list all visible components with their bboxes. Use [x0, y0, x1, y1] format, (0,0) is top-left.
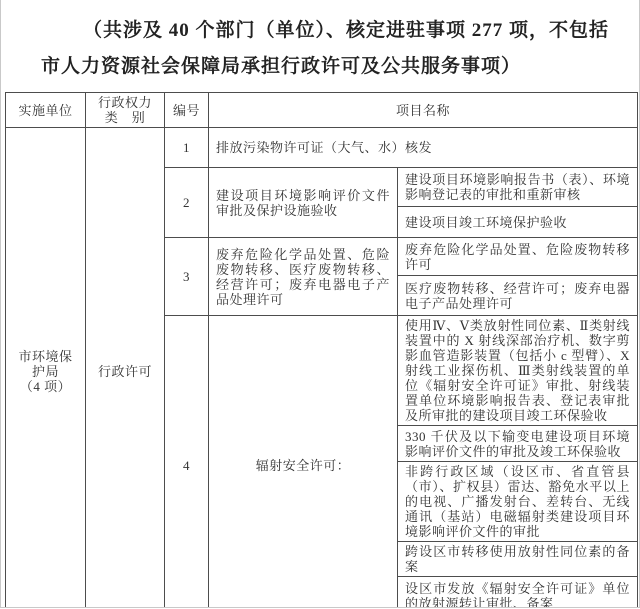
sub-item-cell: 使用Ⅳ、Ⅴ类放射性同位素、Ⅱ类射线装置中的 X 射线深部治疗机、数字剪影血管造影… — [398, 316, 638, 426]
sub-item-cell: 废弃危险化学品处置、危险废物转移许可 — [398, 238, 638, 276]
sub-item-cell: 设区市发放《辐射安全许可证》单位的放射源转让审批、备案 — [398, 577, 638, 609]
project-name-cell: 废弃危险化学品处置、危险废物转移、医疗废物转移、经营许可；废弃电器电子产品处理许… — [209, 238, 398, 316]
row-number-cell: 2 — [165, 168, 209, 238]
col-header-power-line1: 行政权力 — [93, 95, 157, 110]
sub-item-cell: 非跨行政区域（设区市、省直管县（市）、扩权县）雷达、豁免水平以上的电视、广播发射… — [398, 462, 638, 542]
project-name-cell: 排放污染物许可证（大气、水）核发 — [209, 128, 638, 168]
unit-name: 市环境保护局 — [13, 349, 78, 379]
row-number-cell: 4 — [165, 316, 209, 609]
unit-count: （4 项） — [13, 379, 78, 394]
sub-item-cell: 330 千伏及以下输变电建设项目环境影响评价文件的审批及竣工环保验收 — [398, 426, 638, 462]
col-header-power-line2: 类 别 — [93, 110, 157, 125]
intro-line-1: （共涉及 40 个部门（单位）、核定进驻事项 277 项，不包括 — [41, 13, 613, 49]
table-row: 市环境保护局 （4 项） 行政许可 1 排放污染物许可证（大气、水）核发 — [6, 128, 638, 168]
col-header-number: 编号 — [165, 93, 209, 128]
document-page: （共涉及 40 个部门（单位）、核定进驻事项 277 项，不包括 市人力资源社会… — [0, 0, 640, 608]
col-header-power: 行政权力 类 别 — [86, 93, 165, 128]
project-name-cell: 辐射安全许可： — [209, 316, 398, 609]
power-category-cell: 行政许可 — [86, 128, 165, 609]
sub-item-cell: 医疗废物转移、经营许可；废弃电器电子产品处理许可 — [398, 276, 638, 316]
col-header-project: 项目名称 — [209, 93, 638, 128]
col-header-unit: 实施单位 — [6, 93, 86, 128]
intro-paragraph: （共涉及 40 个部门（单位）、核定进驻事项 277 项，不包括 市人力资源社会… — [41, 13, 613, 85]
sub-item-cell: 建设项目竣工环境保护验收 — [398, 207, 638, 238]
header-row: 实施单位 行政权力 类 别 编号 项目名称 — [6, 93, 638, 128]
permits-table: 实施单位 行政权力 类 别 编号 项目名称 市环境保护局 （4 项） 行政许可 … — [5, 92, 638, 608]
row-number-cell: 1 — [165, 128, 209, 168]
sub-item-cell: 建设项目环境影响报告书（表）、环境影响登记表的审批和重新审核 — [398, 168, 638, 207]
project-name-cell: 建设项目环境影响评价文件审批及保护设施验收 — [209, 168, 398, 238]
row-number-cell: 3 — [165, 238, 209, 316]
intro-line-2: 市人力资源社会保障局承担行政许可及公共服务事项） — [41, 49, 613, 85]
sub-item-cell: 跨设区市转移使用放射性同位素的备案 — [398, 542, 638, 577]
unit-cell: 市环境保护局 （4 项） — [6, 128, 86, 609]
